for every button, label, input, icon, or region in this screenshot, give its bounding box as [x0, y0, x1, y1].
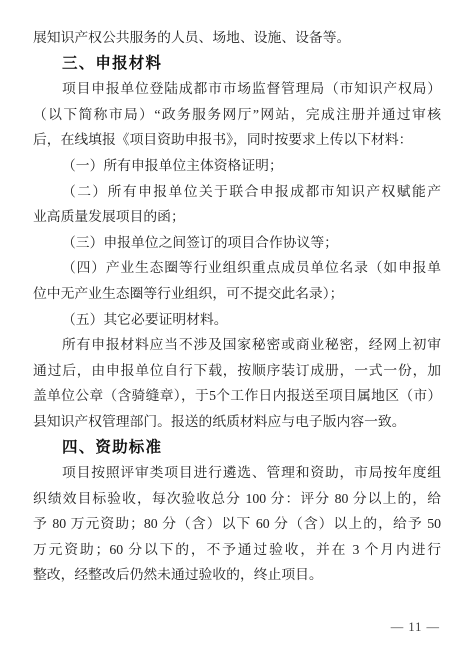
text-line: 位中无产业生态圈等行业组织，可不提交此名录）；: [33, 281, 441, 307]
text-line: （三）申报单位之间签订的项目合作协议等；: [33, 230, 441, 256]
text-line: 盖单位公章（含骑缝章），于5个工作日内报送至项目属地区（市）: [33, 383, 441, 409]
document-text-block: 展知识产权公共服务的人员、场地、设施、设备等。 三、申报材料 项目申报单位登陆成…: [33, 25, 441, 588]
text-line: 万元资助；60 分以下的，不予通过验收，并在 3 个月内进行: [33, 537, 441, 563]
section-heading: 四、资助标准: [33, 435, 441, 461]
page-number: — 11 —: [391, 618, 440, 636]
text-line: 展知识产权公共服务的人员、场地、设施、设备等。: [33, 25, 441, 51]
document-page: 展知识产权公共服务的人员、场地、设施、设备等。 三、申报材料 项目申报单位登陆成…: [0, 0, 467, 654]
text-line: （四）产业生态圈等行业组织重点成员单位名录（如申报单: [33, 255, 441, 281]
section-heading: 三、申报材料: [33, 51, 441, 77]
text-line: （五）其它必要证明材料。: [33, 307, 441, 333]
text-line: 通过后，由申报单位自行下载，按顺序装订成册，一式一份，加: [33, 358, 441, 384]
text-line: 项目按照评审类项目进行遴选、管理和资助，市局按年度组: [33, 460, 441, 486]
text-line: 予 80 万元资助；80 分（含）以下 60 分（含）以上的，给予 50: [33, 511, 441, 537]
text-line: 整改，经整改后仍然未通过验收的，终止项目。: [33, 562, 441, 588]
text-line: 业高质量发展项目的函；: [33, 204, 441, 230]
text-line: （二）所有申报单位关于联合申报成都市知识产权赋能产: [33, 179, 441, 205]
text-line: （一）所有申报单位主体资格证明；: [33, 153, 441, 179]
text-line: 织绩效目标验收，每次验收总分 100 分：评分 80 分以上的，给: [33, 486, 441, 512]
text-line: 所有申报材料应当不涉及国家秘密或商业秘密，经网上初审: [33, 332, 441, 358]
text-line: 后，在线填报《项目资助申报书》，同时按要求上传以下材料：: [33, 127, 441, 153]
text-line: 县知识产权管理部门。报送的纸质材料应与电子版内容一致。: [33, 409, 441, 435]
text-line: 项目申报单位登陆成都市市场监督管理局（市知识产权局）: [33, 76, 441, 102]
text-line: （以下简称市局）“政务服务网厅”网站，完成注册并通过审核: [33, 102, 441, 128]
